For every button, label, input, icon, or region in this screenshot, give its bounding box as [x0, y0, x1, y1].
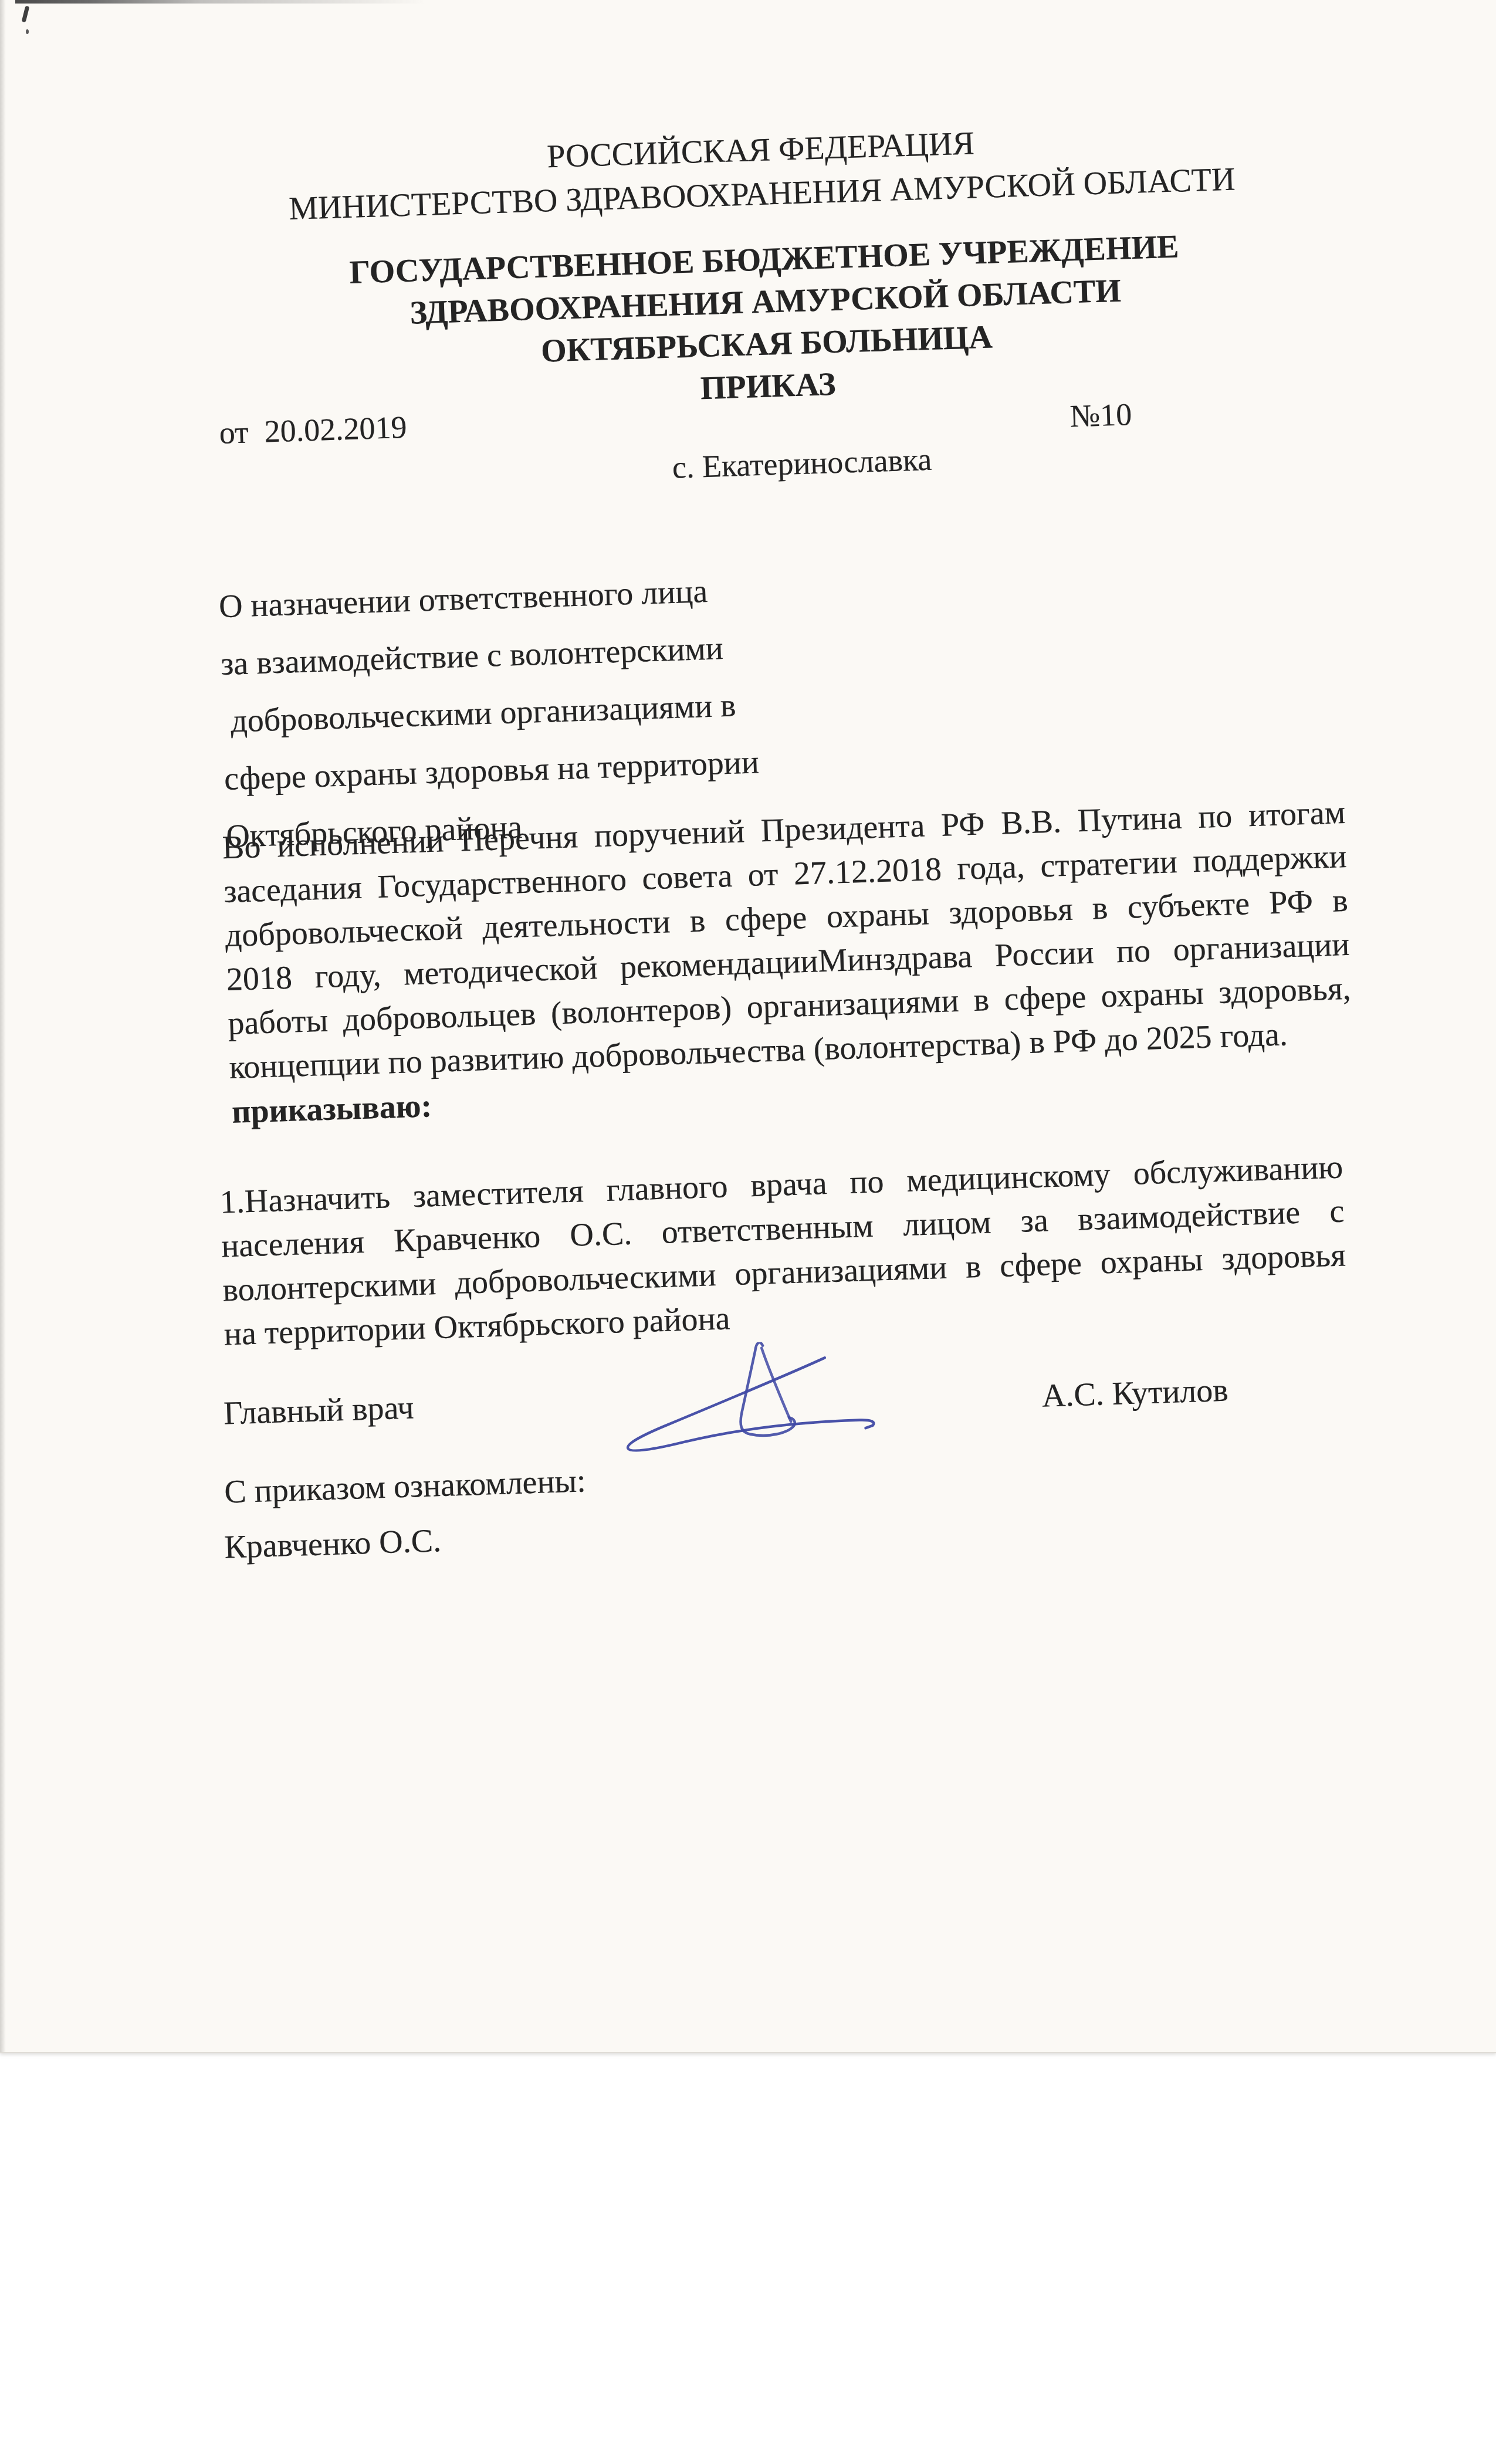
acknowledgement-heading: С приказом ознакомлены:	[224, 1459, 586, 1514]
order-item-paragraph: 1.Назначить заместителя главного врача п…	[219, 1145, 1348, 1356]
signatory-name: А.С. Кутилов	[1041, 1369, 1229, 1419]
scanned-page: РОССИЙСКАЯ ФЕДЕРАЦИЯ МИНИСТЕРСТВО ЗДРАВО…	[0, 0, 1496, 2053]
signature-position-label: Главный врач	[223, 1386, 414, 1436]
signature-ink	[618, 1338, 885, 1464]
document-content: РОССИЙСКАЯ ФЕДЕРАЦИЯ МИНИСТЕРСТВО ЗДРАВО…	[0, 0, 1496, 2075]
ink-mark	[22, 6, 30, 23]
order-date: от 20.02.2019	[219, 405, 408, 455]
organization-block: ГОСУДАРСТВЕННОЕ БЮДЖЕТНОЕ УЧРЕЖДЕНИЕ ЗДР…	[202, 221, 1330, 425]
document-header: РОССИЙСКАЯ ФЕДЕРАЦИЯ МИНИСТЕРСТВО ЗДРАВО…	[198, 111, 1324, 234]
order-verb: приказываю:	[231, 1084, 432, 1135]
order-place: с. Екатеринославка	[672, 438, 933, 490]
preamble-paragraph: Во исполнении Перечня поручений Президен…	[222, 791, 1353, 1090]
order-number: №10	[1069, 392, 1132, 438]
ink-dot	[26, 29, 29, 34]
acknowledgement-name: Кравченко О.С.	[224, 1519, 442, 1570]
scan-edge-artifact	[15, 0, 426, 4]
